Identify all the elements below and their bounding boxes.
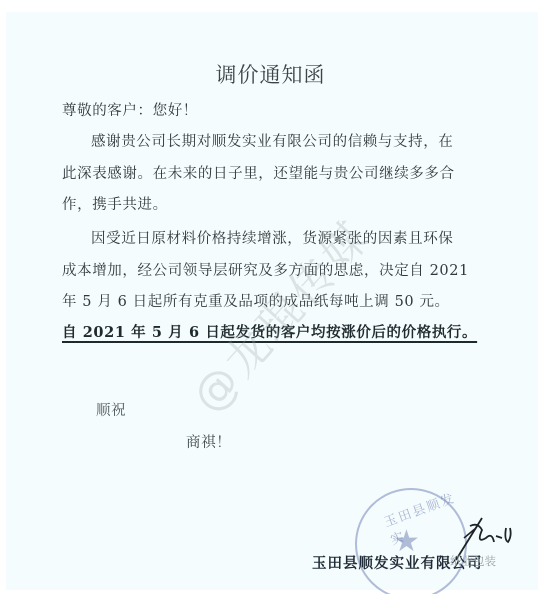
paragraph-2-line-1: 因受近日原材料价格持续增涨，货源紧张的因素且环保	[91, 227, 453, 248]
company-seal: 玉田县顺发实 ★	[355, 488, 467, 594]
closing-regards: 顺祝	[96, 399, 126, 420]
paragraph-1-line-3: 作，携手共进。	[62, 193, 168, 214]
greeting: 尊敬的客户：您好！	[62, 99, 198, 120]
paragraph-1-line-2: 此深表感谢。在未来的日子里，还望能与贵公司继续多多合	[62, 162, 455, 183]
closing-salutation: 商祺！	[186, 431, 231, 452]
paragraph-2-line-2: 成本增加，经公司领导层研究及多方面的思虑，决定自 2021	[62, 259, 469, 280]
source-badge: 纸业包装	[450, 553, 496, 569]
document-title: 调价通知函	[0, 59, 541, 89]
paragraph-1-line-1: 感谢贵公司长期对顺发实业有限公司的信赖与支持，在	[91, 130, 453, 151]
